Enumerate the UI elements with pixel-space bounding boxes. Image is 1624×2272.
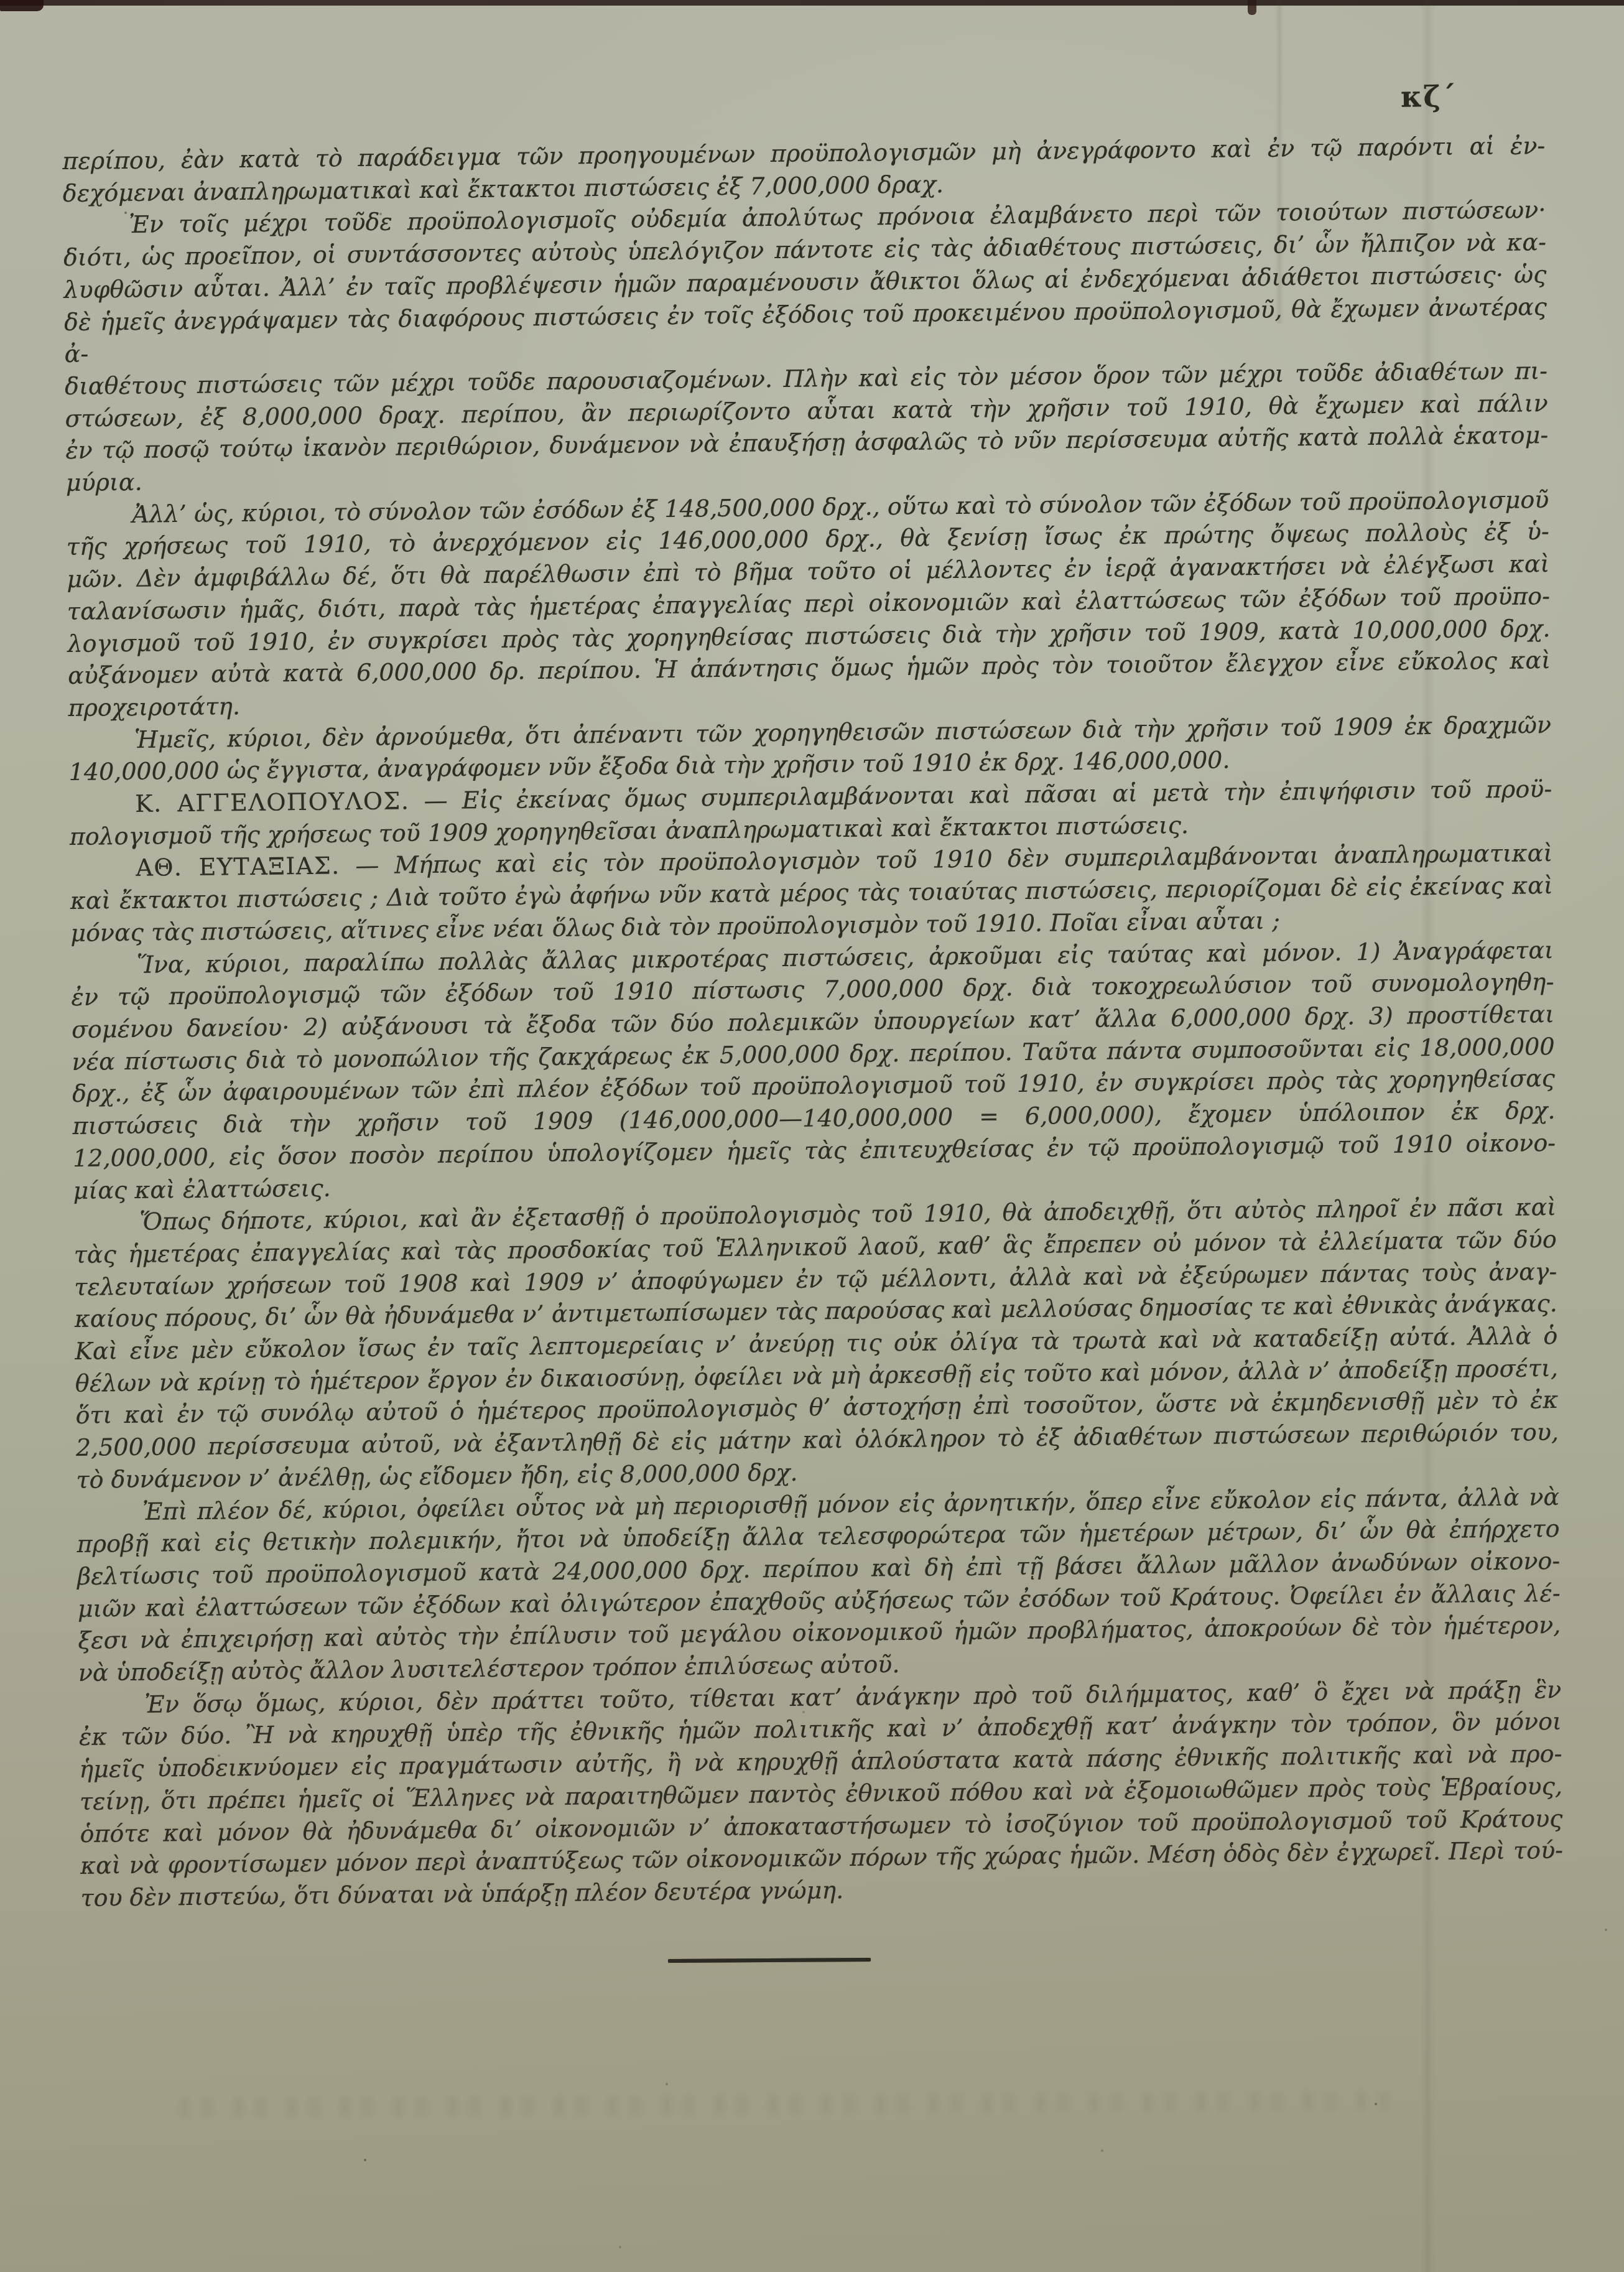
scan-top-left-corner-artifact (0, 0, 44, 11)
speaker-name: ΑΘ. ΕΥΤΑΞΙΑΣ. (136, 852, 340, 882)
paragraph: Ὅπως δήποτε, κύριοι, καὶ ἂν ἐξετασθῇ ὁ π… (73, 1191, 1559, 1496)
speaker-name: Κ. ΑΓΓΕΛΟΠΟΥΛΟΣ. (135, 787, 410, 817)
paragraph: Ἐν ὅσῳ ὅμως, κύριοι, δὲν πράττει τοῦτο, … (78, 1674, 1564, 1915)
text-block: περίπου, ἐὰν κατὰ τὸ παράδειγμα τῶν προη… (62, 130, 1564, 1914)
paragraph: Ἐπὶ πλέον δέ, κύριοι, ὀφείλει οὗτος νὰ μ… (77, 1481, 1561, 1689)
paragraph: Ἐν τοῖς μέχρι τοῦδε προϋπολογισμοῖς οὐδε… (63, 194, 1549, 499)
paragraph: ΑΘ. ΕΥΤΑΞΙΑΣ. — Μήπως καὶ εἰς τὸν προϋπο… (70, 837, 1553, 949)
paragraph: Ἵνα, κύριοι, παραλίπω πολλὰς ἄλλας μικρο… (71, 934, 1556, 1208)
paragraph: Ἀλλ’ ὡς, κύριοι, τὸ σύνολον τῶν ἐσόδων ἐ… (66, 484, 1551, 725)
page-number: κζ΄ (1401, 79, 1458, 114)
scan-top-edge-artifact (0, 0, 1624, 6)
separator-rule (668, 1958, 871, 1963)
scan-top-edge-mark (1248, 0, 1256, 15)
document-page: κζ΄ περίπου, ἐὰν κατὰ τὸ παράδειγμα τῶν … (0, 0, 1624, 2272)
verso-bleedthrough (180, 2092, 1393, 2117)
